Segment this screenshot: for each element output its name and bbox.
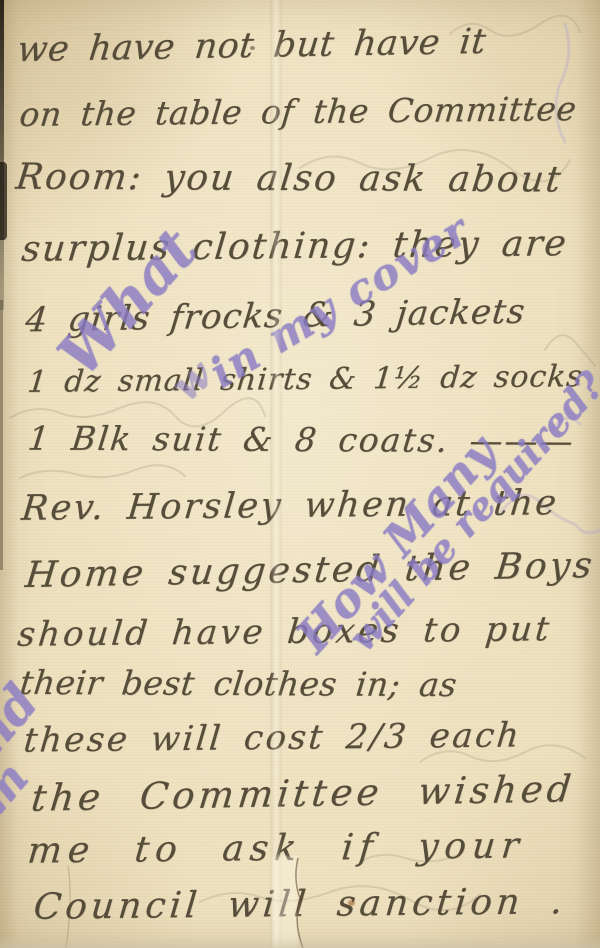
- bottom-edge-band: [0, 936, 600, 948]
- letter-line-15: Council will sanction .: [32, 881, 568, 928]
- letter-line-2: on the table of the Committee: [18, 89, 579, 134]
- letter-line-10: should have boxes to put: [16, 609, 554, 655]
- letter-line-3: Room: you also ask about: [14, 157, 565, 201]
- letter-line-4: surplus clothing: they are: [20, 223, 570, 270]
- letter-line-12: these will cost 2/3 each: [22, 715, 523, 760]
- letter-line-9: Home suggested the Boys: [23, 545, 597, 596]
- scan-edge-shadow-top: [0, 0, 4, 310]
- letter-line-14: me to ask if your: [26, 825, 527, 871]
- letter-line-13: the Committee wished: [29, 767, 577, 819]
- scan-edge-notch: [0, 162, 7, 240]
- letter-page: we have not but have it on the table of …: [0, 0, 600, 948]
- scan-edge-shadow-mid: [0, 300, 3, 570]
- letter-line-11: their best clothes in; as: [18, 663, 459, 704]
- letter-line-1: we have not but have it: [15, 22, 488, 70]
